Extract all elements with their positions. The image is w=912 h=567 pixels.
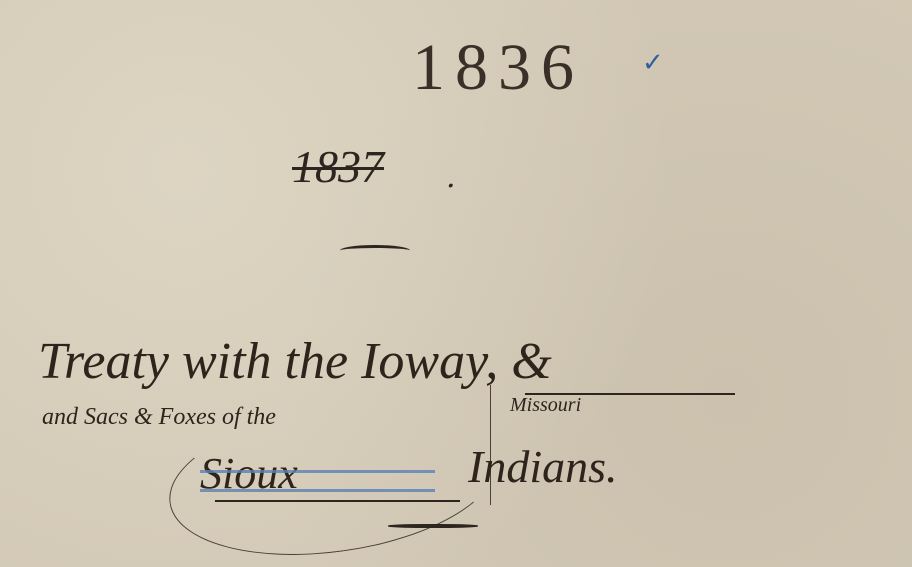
archival-note-page: 1836 ✓ 1837 . Treaty with the Ioway, & M… xyxy=(0,0,912,567)
title-line-3-end: Indians. xyxy=(468,440,618,493)
struck-year-suffix: . xyxy=(446,160,456,195)
check-mark-icon: ✓ xyxy=(642,48,664,78)
inserted-word-missouri: Missouri xyxy=(510,394,581,417)
sioux-underline xyxy=(215,500,460,502)
closing-dash-mark xyxy=(388,524,478,528)
year-heading: 1836 xyxy=(412,30,584,106)
blue-pencil-strikethrough xyxy=(200,470,435,492)
flourish-mark xyxy=(340,245,410,256)
struck-year: 1837 xyxy=(292,140,384,193)
title-line-1: Treaty with the Ioway, & xyxy=(38,332,552,391)
title-line-2: and Sacs & Foxes of the xyxy=(42,404,276,431)
